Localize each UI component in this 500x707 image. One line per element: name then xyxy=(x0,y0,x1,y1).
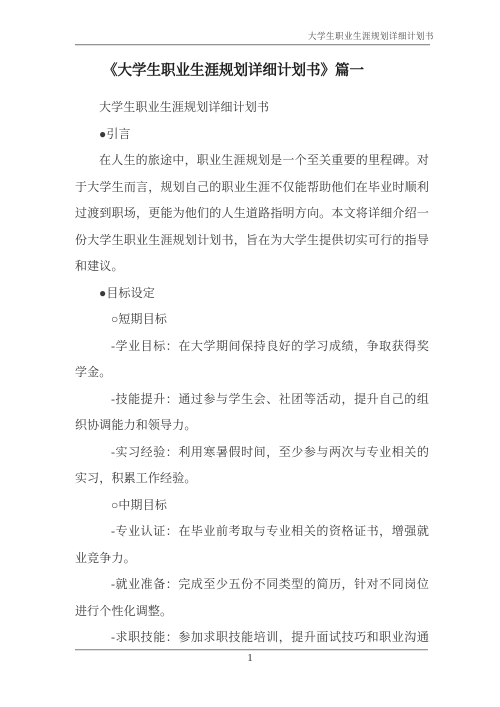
page-number: 1 xyxy=(0,652,500,664)
document-page: 大学生职业生涯规划详细计划书 《大学生职业生涯规划详细计划书》篇一 大学生职业生… xyxy=(0,0,500,707)
document-body: 大学生职业生涯规划详细计划书●引言在人生的旅途中，职业生涯规划是一个至关重要的里… xyxy=(75,94,429,650)
paragraph: -就业准备：完成至少五份不同类型的简历，针对不同岗位进行个性化调整。 xyxy=(75,571,429,624)
paragraph: 大学生职业生涯规划详细计划书 xyxy=(75,94,429,121)
paragraph: -技能提升：通过参与学生会、社团等活动，提升自己的组织协调能力和领导力。 xyxy=(75,386,429,439)
footer-divider xyxy=(75,649,428,651)
page-title: 《大学生职业生涯规划详细计划书》篇一 xyxy=(103,59,364,80)
paragraph: -求职技能：参加求职技能培训，提升面试技巧和职业沟通能 xyxy=(75,624,429,650)
paragraph: 在人生的旅途中，职业生涯规划是一个至关重要的里程碑。对于大学生而言，规划自己的职… xyxy=(75,147,429,280)
paragraph: ●目标设定 xyxy=(75,280,429,307)
paragraph: -实习经验：利用寒暑假时间，至少参与两次与专业相关的实习，积累工作经验。 xyxy=(75,439,429,492)
paragraph: ○中期目标 xyxy=(75,492,429,519)
paragraph: -专业认证：在毕业前考取与专业相关的资格证书，增强就业竞争力。 xyxy=(75,518,429,571)
paragraph: ●引言 xyxy=(75,121,429,148)
paragraph: -学业目标：在大学期间保持良好的学习成绩，争取获得奖学金。 xyxy=(75,333,429,386)
header-divider xyxy=(75,44,430,46)
paragraph: ○短期目标 xyxy=(75,306,429,333)
running-head-title: 大学生职业生涯规划详细计划书 xyxy=(308,30,434,42)
